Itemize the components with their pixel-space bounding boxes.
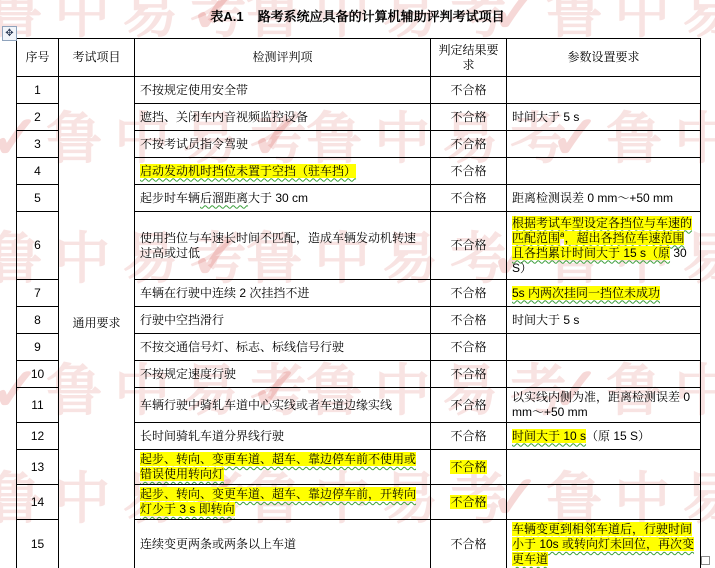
detection-item-cell[interactable]: 不按交通信号灯、标志、标线信号行驶 xyxy=(135,334,431,361)
parameter-requirement-cell[interactable]: 时间大于 10 s（原 15 S） xyxy=(507,423,701,450)
result-requirement-cell[interactable]: 不合格 xyxy=(431,158,507,185)
cell-text: 不按考试员指令驾驶 xyxy=(140,137,248,151)
row-number-cell[interactable]: 9 xyxy=(17,334,59,361)
header-row: 序号 考试项目 检测评判项 判定结果要求 参数设置要求 xyxy=(17,39,701,77)
highlighted-text: 启动发动机时挡位未置于空挡（驻车挡） xyxy=(140,164,356,178)
highlighted-text: 起步、转向、变更车道、超车、靠边停车前，开转向灯少于 3 s 即转向 xyxy=(140,487,416,516)
cell-text: 不合格 xyxy=(450,164,486,178)
parameter-requirement-cell[interactable] xyxy=(507,131,701,158)
cell-text: 不合格 xyxy=(450,83,486,97)
result-requirement-cell[interactable]: 不合格 xyxy=(431,212,507,280)
cell-text: 3 xyxy=(34,137,41,151)
cell-text: 不合格 xyxy=(450,191,486,205)
highlighted-text: 起步、转向、变更车道、超车、靠边停车前不使用或错误使用转向灯 xyxy=(140,452,416,481)
cell-text: （原 15 S） xyxy=(586,429,650,443)
cell-text: 不合格 xyxy=(450,367,486,381)
detection-item-cell[interactable]: 启动发动机时挡位未置于空挡（驻车挡） xyxy=(135,158,431,185)
cell-text: 不合格 xyxy=(450,110,486,124)
result-requirement-cell[interactable]: 不合格 xyxy=(431,280,507,307)
row-number-cell[interactable]: 1 xyxy=(17,77,59,104)
detection-item-cell[interactable]: 起步、转向、变更车道、超车、靠边停车前不使用或错误使用转向灯 xyxy=(135,450,431,485)
cell-text: 不合格 xyxy=(450,286,486,300)
result-requirement-cell[interactable]: 不合格 xyxy=(431,77,507,104)
col-header-detection[interactable]: 检测评判项 xyxy=(135,39,431,77)
detection-item-cell[interactable]: 长时间骑轧车道分界线行驶 xyxy=(135,423,431,450)
detection-item-cell[interactable]: 起步时车辆后溜距离大于 30 cm xyxy=(135,185,431,212)
result-requirement-cell[interactable]: 不合格 xyxy=(431,423,507,450)
col-header-exam-item[interactable]: 考试项目 xyxy=(59,39,135,77)
page-title[interactable]: 表A.1路考系统应具备的计算机辅助评判考试项目 xyxy=(0,6,715,25)
parameter-requirement-cell[interactable]: 时间大于 5 s xyxy=(507,104,701,131)
detection-item-cell[interactable]: 不按考试员指令驾驶 xyxy=(135,131,431,158)
cell-text: 遮挡、关闭车内音视频监控设备 xyxy=(140,110,308,124)
table-row: 1通用要求不按规定使用安全带不合格 xyxy=(17,77,701,104)
result-requirement-cell[interactable]: 不合格 xyxy=(431,361,507,388)
col-header-result[interactable]: 判定结果要求 xyxy=(431,39,507,77)
cell-text: 车辆行驶中骑轧车道中心实线或者车道边缘实线 xyxy=(140,398,392,412)
parameter-requirement-cell[interactable]: 距离检测误差 0 mm～+50 mm xyxy=(507,185,701,212)
row-number-cell[interactable]: 5 xyxy=(17,185,59,212)
row-number-cell[interactable]: 8 xyxy=(17,307,59,334)
highlighted-text: 时间大于 10 s xyxy=(512,429,586,443)
cell-text: 距离检测误差 0 mm～+50 mm xyxy=(512,191,673,205)
highlighted-text: 不合格 xyxy=(450,495,486,509)
cell-text: 不按规定使用安全带 xyxy=(140,83,248,97)
cell-text: 不按规定速度行驶 xyxy=(140,367,236,381)
cell-text: 连续变更两条或两条以上车道 xyxy=(140,537,296,551)
parameter-requirement-cell[interactable] xyxy=(507,158,701,185)
cell-text: 10 xyxy=(31,367,44,381)
result-requirement-cell[interactable]: 不合格 xyxy=(431,131,507,158)
parameter-requirement-cell[interactable] xyxy=(507,334,701,361)
result-requirement-cell[interactable]: 不合格 xyxy=(431,388,507,423)
cell-text: 长时间骑轧车道分界线行驶 xyxy=(140,429,284,443)
cell-text: 起步时车辆 xyxy=(140,191,200,205)
result-requirement-cell[interactable]: 不合格 xyxy=(431,307,507,334)
row-number-cell[interactable]: 2 xyxy=(17,104,59,131)
cell-text: 8 xyxy=(34,313,41,327)
cell-text: 15 xyxy=(31,537,44,551)
col-header-index[interactable]: 序号 xyxy=(17,39,59,77)
cell-text: 14 xyxy=(31,495,44,509)
result-requirement-cell[interactable]: 不合格 xyxy=(431,185,507,212)
cell-text: 13 xyxy=(31,460,44,474)
row-number-cell[interactable]: 6 xyxy=(17,212,59,280)
parameter-requirement-cell[interactable]: 5s 内两次挂同一挡位未成功 xyxy=(507,280,701,307)
cell-text: 9 xyxy=(34,340,41,354)
cell-text: 不合格 xyxy=(450,537,486,551)
exam-items-table[interactable]: 序号 考试项目 检测评判项 判定结果要求 参数设置要求 1通用要求不按规定使用安… xyxy=(16,38,701,568)
table-number: 表A.1 xyxy=(210,9,243,24)
detection-item-cell[interactable]: 车辆行驶中骑轧车道中心实线或者车道边缘实线 xyxy=(135,388,431,423)
detection-item-cell[interactable]: 不按规定使用安全带 xyxy=(135,77,431,104)
row-number-cell[interactable]: 3 xyxy=(17,131,59,158)
cell-text: 5 xyxy=(34,191,41,205)
cell-text: 11 xyxy=(31,398,43,412)
cell-text: 12 xyxy=(31,429,44,443)
cell-text: 4 xyxy=(34,164,41,178)
table-resize-handle[interactable] xyxy=(701,556,710,565)
table-move-handle[interactable]: ✥ xyxy=(2,26,17,41)
cell-text: 后溜距离 xyxy=(200,191,248,205)
detection-item-cell[interactable]: 不按规定速度行驶 xyxy=(135,361,431,388)
cell-text: 7 xyxy=(34,286,41,300)
row-number-cell[interactable]: 10 xyxy=(17,361,59,388)
detection-item-cell[interactable]: 车辆在行驶中连续 2 次挂挡不进 xyxy=(135,280,431,307)
result-requirement-cell[interactable]: 不合格 xyxy=(431,520,507,568)
row-number-cell[interactable]: 13 xyxy=(17,450,59,485)
cell-text: 不按交通信号灯、标志、标线信号行驶 xyxy=(140,340,344,354)
row-number-cell[interactable]: 7 xyxy=(17,280,59,307)
col-header-params[interactable]: 参数设置要求 xyxy=(507,39,701,77)
parameter-requirement-cell[interactable]: 车辆变更到相邻车道后，行驶时间小于 10s 或转向灯未回位，再次变更车道 xyxy=(507,520,701,568)
exam-category-cell[interactable]: 通用要求 xyxy=(59,77,135,568)
cell-text: 2 xyxy=(34,110,41,124)
result-requirement-cell[interactable]: 不合格 xyxy=(431,104,507,131)
cell-text: 1 xyxy=(34,83,41,97)
cell-text: 行驶中空挡滑行 xyxy=(140,313,224,327)
cell-text: 以实线内侧为准，距离检测误差 0 mm～+50 mm xyxy=(512,390,690,419)
detection-item-cell[interactable]: 起步、转向、变更车道、超车、靠边停车前，开转向灯少于 3 s 即转向 xyxy=(135,485,431,520)
detection-item-cell[interactable]: 使用挡位与车速长时间不匹配，造成车辆发动机转速过高或过低 xyxy=(135,212,431,280)
cell-text: 不合格 xyxy=(450,398,486,412)
result-requirement-cell[interactable]: 不合格 xyxy=(431,485,507,520)
parameter-requirement-cell[interactable] xyxy=(507,450,701,485)
row-number-cell[interactable]: 11 xyxy=(17,388,59,423)
cell-text: 通用要求 xyxy=(72,316,120,330)
highlighted-text: 不合格 xyxy=(450,460,486,474)
cell-text: 不合格 xyxy=(450,429,486,443)
cell-text: 不合格 xyxy=(450,137,486,151)
cell-text: 时间大于 5 s xyxy=(512,313,579,327)
highlighted-text: 车辆变更到相邻车道后，行驶时间小于 10s 或转向灯未回位，再次变更车道 xyxy=(512,522,694,566)
parameter-requirement-cell[interactable] xyxy=(507,77,701,104)
row-number-cell[interactable]: 15 xyxy=(17,520,59,568)
detection-item-cell[interactable]: 行驶中空挡滑行 xyxy=(135,307,431,334)
result-requirement-cell[interactable]: 不合格 xyxy=(431,334,507,361)
result-requirement-cell[interactable]: 不合格 xyxy=(431,450,507,485)
cell-text: 大于 30 cm xyxy=(248,191,308,205)
detection-item-cell[interactable]: 遮挡、关闭车内音视频监控设备 xyxy=(135,104,431,131)
cell-text: 不合格 xyxy=(450,313,486,327)
parameter-requirement-cell[interactable] xyxy=(507,485,701,520)
table-title-text: 路考系统应具备的计算机辅助评判考试项目 xyxy=(258,9,505,24)
row-number-cell[interactable]: 4 xyxy=(17,158,59,185)
cell-text: 6 xyxy=(34,238,41,252)
parameter-requirement-cell[interactable] xyxy=(507,361,701,388)
parameter-requirement-cell[interactable]: 时间大于 5 s xyxy=(507,307,701,334)
row-number-cell[interactable]: 12 xyxy=(17,423,59,450)
row-number-cell[interactable]: 14 xyxy=(17,485,59,520)
highlighted-text: 5s 内两次挂同一挡位未成功 xyxy=(512,286,660,300)
cell-text: 不合格 xyxy=(450,238,486,252)
move-arrows-icon: ✥ xyxy=(5,29,13,39)
parameter-requirement-cell[interactable]: 以实线内侧为准，距离检测误差 0 mm～+50 mm xyxy=(507,388,701,423)
detection-item-cell[interactable]: 连续变更两条或两条以上车道 xyxy=(135,520,431,568)
parameter-requirement-cell[interactable]: 根据考试车型设定各挡位与车速的匹配范围a，超出各挡位车速范围且各挡累计时间大于 … xyxy=(507,212,701,280)
cell-text: 时间大于 5 s xyxy=(512,110,579,124)
cell-text: 不合格 xyxy=(450,340,486,354)
cell-text: 车辆在行驶中连续 2 次挂挡不进 xyxy=(140,286,309,300)
cell-text: 使用挡位与车速长时间不匹配，造成车辆发动机转速过高或过低 xyxy=(140,231,416,260)
